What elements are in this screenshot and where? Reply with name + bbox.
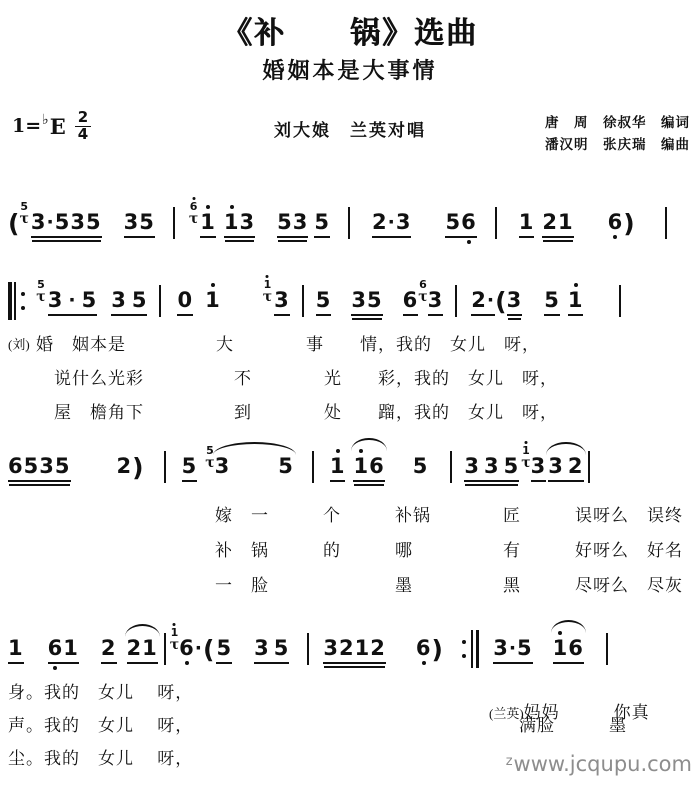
note: 35 bbox=[215, 455, 294, 478]
slur bbox=[351, 438, 386, 451]
watermark-url: www.jcqupu.com bbox=[514, 752, 692, 776]
repeat-open-icon bbox=[8, 282, 28, 320]
lyric-line: 声。我的 女儿 呀， bbox=[8, 711, 193, 736]
note: 35 bbox=[254, 637, 289, 660]
lyric-line: 嫁 一 个 补锅 匠 误呀么 误终 bbox=[215, 501, 683, 526]
note: 3 bbox=[507, 289, 523, 312]
lyric-line: 尘。我的 女儿 呀， bbox=[8, 744, 193, 769]
note: 21 bbox=[127, 637, 158, 660]
notation-line-3: 65352)55τ3511653351τ332 bbox=[0, 436, 700, 486]
note: 16 bbox=[553, 637, 584, 660]
note: 5 bbox=[216, 637, 232, 660]
subtitle: 婚姻本是大事情 bbox=[0, 54, 700, 85]
notes-row: (5τ3·535356τ1135352·3561216) bbox=[0, 192, 700, 242]
grace-note: 5τ bbox=[19, 201, 28, 226]
note: 1 bbox=[200, 211, 216, 234]
barline bbox=[450, 451, 452, 483]
barline bbox=[302, 285, 304, 317]
note: 3 bbox=[274, 289, 290, 312]
paren: ) bbox=[623, 212, 634, 236]
note: 1 bbox=[8, 637, 24, 660]
note: 53 bbox=[277, 211, 308, 234]
watermark: zwww.jcqupu.com bbox=[506, 752, 692, 776]
grace-note: 5τ bbox=[205, 445, 214, 470]
note: 6535 bbox=[8, 455, 71, 478]
barline bbox=[665, 207, 667, 239]
barline bbox=[173, 207, 175, 239]
lyric-line: 说什么光彩 不 光 彩，我的 女儿 呀， bbox=[36, 364, 558, 389]
note: 3·5 bbox=[493, 637, 532, 660]
note: 5 bbox=[544, 289, 560, 312]
grace-note: 1τ bbox=[170, 627, 179, 652]
paren: ) bbox=[132, 456, 143, 480]
lyric-line: 一 脸 墨 黑 尽呀么 尽灰 bbox=[215, 571, 683, 596]
notes-row: 1612211τ6·(53532126)3·516 bbox=[0, 618, 700, 668]
grace-note: 6τ bbox=[418, 279, 427, 304]
note: 56 bbox=[445, 211, 476, 234]
credits: 唐 周 徐叔华 编词 潘汉明 张庆瑞 编曲 bbox=[545, 112, 690, 157]
note: 1 bbox=[205, 289, 221, 312]
note: 6 bbox=[403, 289, 419, 312]
lyric-line: 婚 姻本是 大 事 情，我的 女儿 呀， bbox=[36, 330, 540, 355]
note: 35 bbox=[111, 289, 147, 312]
note: 3·5 bbox=[48, 289, 97, 312]
notation-line-2: 5τ3·535011τ353566τ32·(351 bbox=[0, 270, 700, 320]
note: 21 bbox=[542, 211, 573, 234]
note: 0 bbox=[177, 289, 193, 312]
note: 1 bbox=[568, 289, 584, 312]
watermark-prefix: z bbox=[506, 754, 513, 769]
note: 6 bbox=[416, 637, 432, 660]
sheet-music-page: 《补 锅》选曲 婚姻本是大事情 1=♭E 2 4 刘大娘 兰英对唱 唐 周 徐叔… bbox=[0, 0, 700, 793]
note: 35 bbox=[124, 211, 155, 234]
paren: ( bbox=[8, 212, 19, 236]
lyric-line: 补 锅 的 哪 有 好呀么 好名 bbox=[215, 536, 683, 561]
notes-row: 5τ3·535011τ353566τ32·(351 bbox=[0, 270, 700, 320]
slur bbox=[551, 620, 586, 633]
lyric-line: 屋 檐角下 到 处 蹓，我的 女儿 呀， bbox=[36, 398, 558, 423]
barline bbox=[588, 451, 590, 483]
note: 3·535 bbox=[31, 211, 102, 234]
notes-row: 65352)55τ3511653351τ332 bbox=[0, 436, 700, 486]
composer-credit: 潘汉明 张庆瑞 编曲 bbox=[545, 134, 690, 156]
notation-line-4: 1612211τ6·(53532126)3·516 bbox=[0, 618, 700, 668]
verse-speaker-liu: (刘) bbox=[8, 334, 30, 353]
grace-note: 1τ bbox=[263, 279, 272, 304]
note: 35 bbox=[351, 289, 382, 312]
lyricist-credit: 唐 周 徐叔华 编词 bbox=[545, 112, 690, 134]
barline bbox=[307, 633, 309, 665]
grace-note: 6τ bbox=[189, 201, 198, 226]
note: 61 bbox=[48, 637, 79, 660]
note: 5 bbox=[316, 289, 332, 312]
lyric-line-lanying: 满脸 墨 bbox=[519, 711, 627, 736]
page-title: 《补 锅》选曲 bbox=[0, 8, 700, 52]
barline bbox=[619, 285, 621, 317]
note: 6 bbox=[608, 211, 624, 234]
grace-note: 1τ bbox=[521, 445, 530, 470]
note: 16 bbox=[353, 455, 384, 478]
barline bbox=[606, 633, 608, 665]
note: 335 bbox=[464, 455, 519, 478]
lyric-line: 身。我的 女儿 呀， bbox=[8, 678, 193, 703]
note: 5 bbox=[314, 211, 330, 234]
note: 2 bbox=[117, 455, 133, 478]
barline bbox=[495, 207, 497, 239]
note: 32 bbox=[548, 455, 583, 478]
note: 2·3 bbox=[372, 211, 411, 234]
barline bbox=[312, 451, 314, 483]
barline bbox=[159, 285, 161, 317]
note: 5 bbox=[413, 455, 429, 478]
paren: ( bbox=[495, 290, 506, 314]
note: 3 bbox=[428, 289, 444, 312]
barline bbox=[164, 451, 166, 483]
note: 6· bbox=[179, 637, 203, 660]
barline bbox=[164, 633, 166, 665]
paren: ) bbox=[431, 638, 442, 662]
note: 3212 bbox=[323, 637, 386, 660]
repeat-close-icon bbox=[459, 630, 479, 668]
note: 2· bbox=[471, 289, 495, 312]
note: 13 bbox=[224, 211, 255, 234]
notation-line-1: (5τ3·535356τ1135352·3561216) bbox=[0, 192, 700, 242]
paren: ( bbox=[203, 638, 214, 662]
note: 5 bbox=[182, 455, 198, 478]
note: 2 bbox=[101, 637, 117, 660]
note: 1 bbox=[519, 211, 535, 234]
barline bbox=[455, 285, 457, 317]
barline bbox=[348, 207, 350, 239]
note: 3 bbox=[531, 455, 547, 478]
grace-note: 5τ bbox=[36, 279, 45, 304]
note: 1 bbox=[330, 455, 346, 478]
